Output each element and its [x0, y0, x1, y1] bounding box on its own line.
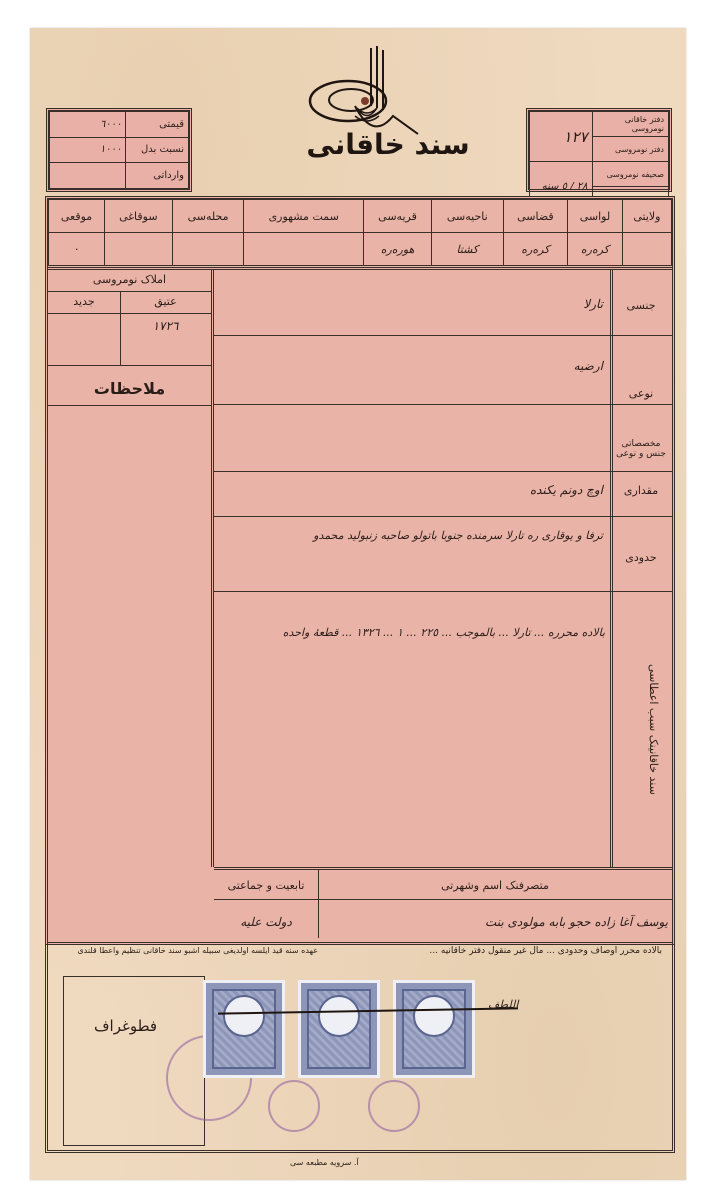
crescent-emblem-icon: [318, 995, 360, 1037]
old-number-value: ١٧٢٦: [120, 319, 211, 333]
printer-mark: آ. سرویه مطبعه سی: [290, 1158, 359, 1167]
photo-label: فطوغراف: [94, 1017, 157, 1035]
revenue-stamp: [393, 980, 475, 1078]
crescent-emblem-icon: [413, 995, 455, 1037]
purple-seal-small: [368, 1080, 420, 1132]
document-sheet: سند خاقانی قیمتی٦٠٠٠ نسبت بدل١٠٠٠ واردات…: [30, 28, 686, 1180]
crescent-emblem-icon: [223, 995, 265, 1037]
fee-row: وارداتی: [50, 163, 189, 189]
register-row: دفتر خاقانی نومروسی١٢٧: [530, 112, 669, 137]
location-table: ولایتی لواسی قضاسی ناحیه‌سی قریه‌سی سمت …: [48, 199, 672, 266]
new-number-label: جدید: [48, 295, 120, 308]
location-values: کره‌ره کره‌ره کشتا هوره‌ره ·: [49, 233, 672, 266]
remarks-label: ملاحظات: [48, 379, 211, 398]
property-number-box: املاک نومروسی عتیق جدید ١٧٢٦: [48, 269, 211, 365]
fee-box: قیمتی٦٠٠٠ نسبت بدل١٠٠٠ وارداتی: [46, 108, 192, 192]
fee-row: قیمتی٦٠٠٠: [50, 112, 189, 138]
field-kind-value: ارضیه: [248, 359, 603, 373]
revenue-stamp: [203, 980, 285, 1078]
register-row: صحیفه نومروسی٢٨ / ٥ سنه: [530, 162, 669, 187]
tughra-monogram-icon: [293, 46, 423, 141]
footer-line-2: عهده سنه قید ایلسه اولدیغی سبیله اشبو سن…: [58, 946, 318, 955]
field-grant-reason-value: بالاده محرره ... تارلا ... بالموجب ... ٢…: [220, 619, 605, 647]
main-form: ولایتی لواسی قضاسی ناحیه‌سی قریه‌سی سمت …: [45, 196, 675, 945]
revenue-stamp: [298, 980, 380, 1078]
document-title: سند خاقانی: [268, 128, 508, 161]
location-headers: ولایتی لواسی قضاسی ناحیه‌سی قریه‌سی سمت …: [49, 200, 672, 233]
purple-seal-small: [268, 1080, 320, 1132]
footer-frame: بالاده محرر اوصاف وحدودی ... مال غیر منق…: [45, 940, 675, 1153]
nationality-value: دولت علیه: [214, 915, 318, 929]
stamp-note: اللطف: [488, 998, 518, 1011]
property-number-title: املاک نومروسی: [48, 273, 211, 286]
owner-header: متصرفنک اسم وشهرتی: [318, 879, 672, 892]
register-box: دفتر خاقانی نومروسی١٢٧ دفتر نومروسی صحیف…: [526, 108, 672, 192]
field-boundaries-value: ترفا و یوقاری ره تارلا سرمنده جنوبا باتو…: [223, 529, 603, 542]
owner-name-value: یوسف آغا زاده حجو بابه مولودی بنت: [328, 915, 668, 929]
field-quantity-value: اوچ دونم یکنده: [248, 483, 603, 497]
field-type-value: تارلا: [248, 297, 603, 311]
old-number-label: عتیق: [120, 295, 211, 308]
nationality-header: تابعیت و جماعتی: [214, 879, 318, 892]
fee-row: نسبت بدل١٠٠٠: [50, 137, 189, 163]
